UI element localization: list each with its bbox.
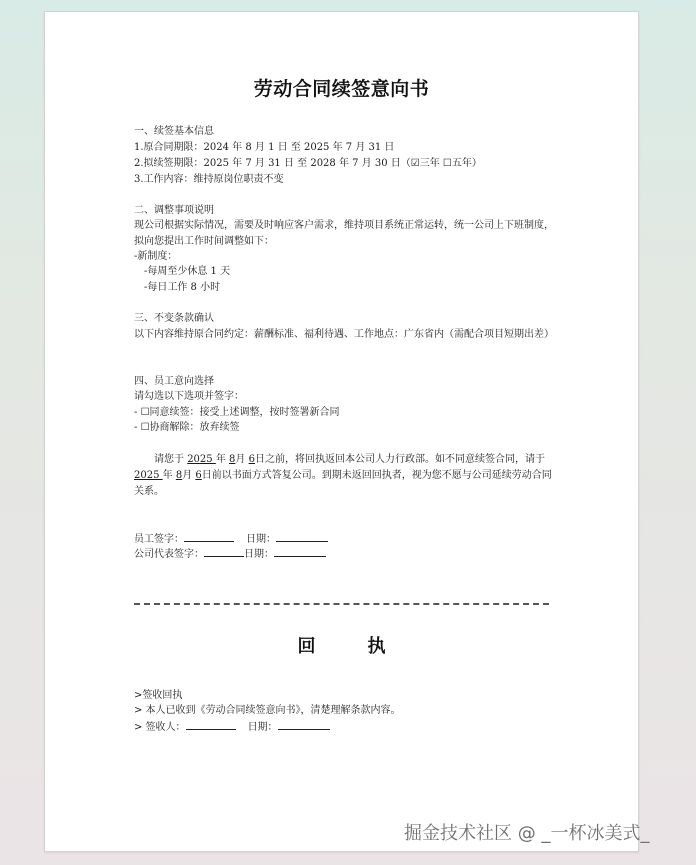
checkbox-terminate[interactable]: ☐	[141, 422, 150, 433]
company-signature-row: 公司代表签字：日期：	[134, 546, 326, 562]
rule-work-hours: -每日工作 8 小时	[144, 281, 220, 295]
notice-text: 日之前，将回执返回本公司人力行政部。如不同意续签合同，请于	[255, 454, 545, 465]
employee-signature-field[interactable]	[184, 531, 234, 542]
receipt-title: 回执	[44, 632, 639, 658]
notice-text: 年	[163, 470, 176, 481]
date-label: 日期：	[246, 534, 276, 545]
receipt-date-field[interactable]	[278, 719, 330, 730]
notice-text: 月	[182, 470, 195, 481]
option-agree-renewal[interactable]: - ☐同意续签：接受上述调整，按时签署新合同	[134, 406, 340, 420]
work-content: 3.工作内容：维持原岗位职责不变	[134, 173, 284, 187]
rule-rest-day: -每周至少休息 1 天	[144, 265, 230, 279]
checkbox-agree[interactable]: ☐	[141, 407, 150, 418]
new-policy-label: -新制度：	[134, 250, 177, 264]
employee-signature-label: 员工签字：	[134, 534, 184, 545]
signer-field[interactable]	[186, 719, 236, 730]
adjustment-paragraph: 现公司根据实际情况，需要及时响应客户需求，维持项目系统正常运转，统一公司上下班制…	[134, 218, 554, 249]
option-label: 同意续签：接受上述调整，按时签署新合同	[150, 407, 340, 418]
document-title: 劳动合同续签意向书	[44, 74, 639, 101]
company-date-field[interactable]	[274, 546, 326, 557]
employee-date-field[interactable]	[276, 531, 328, 542]
option-negotiate-termination[interactable]: - ☐协商解除：放弃续签	[134, 421, 240, 435]
section4-heading: 四、员工意向选择	[134, 375, 214, 389]
section1-heading: 一、续签基本信息	[134, 125, 214, 139]
option-label: 协商解除：放弃续签	[150, 422, 240, 433]
date-label: 日期：	[248, 722, 278, 733]
signer-label: > 签收人：	[134, 722, 186, 733]
notice-text: 请您于	[154, 454, 187, 465]
notice-text: 年	[216, 454, 229, 465]
selection-instruction: 请勾选以下选项并签字：	[134, 390, 244, 404]
company-signature-field[interactable]	[204, 546, 244, 557]
deadline-year: 2025	[187, 454, 216, 465]
section2-heading: 二、调整事项说明	[134, 204, 214, 218]
original-term: 1.原合同期限：2024 年 8 月 1 日 至 2025 年 7 月 31 日	[134, 141, 394, 155]
notice-paragraph: 请您于 2025 年 8月 6日之前，将回执返回本公司人力行政部。如不同意续签合…	[134, 452, 554, 500]
receipt-signer-row: > 签收人：日期：	[134, 719, 330, 735]
employee-signature-row: 员工签字：日期：	[134, 531, 328, 547]
receipt-title-char: 回	[298, 632, 316, 658]
date-label: 日期：	[244, 549, 274, 560]
unchanged-terms-paragraph: 以下内容维持原合同约定：薪酬标准、福利待遇、工作地点：广东省内（需配合项目短期出…	[134, 327, 554, 343]
section3-heading: 三、不变条款确认	[134, 312, 214, 326]
receipt-acknowledgement: > 本人已收到《劳动合同续签意向书》，清楚理解条款内容。	[134, 704, 401, 718]
reply-year: 2025	[134, 470, 163, 481]
company-signature-label: 公司代表签字：	[134, 549, 204, 560]
cut-line-divider	[134, 603, 549, 605]
receipt-heading: >签收回执	[134, 689, 182, 703]
renewal-term: 2.拟续签期限：2025 年 7 月 31 日 至 2028 年 7 月 30 …	[134, 157, 482, 171]
receipt-title-char: 执	[368, 632, 386, 658]
notice-text: 月	[235, 454, 248, 465]
watermark: 掘金技术社区 @ _一杯冰美式_	[404, 819, 649, 845]
